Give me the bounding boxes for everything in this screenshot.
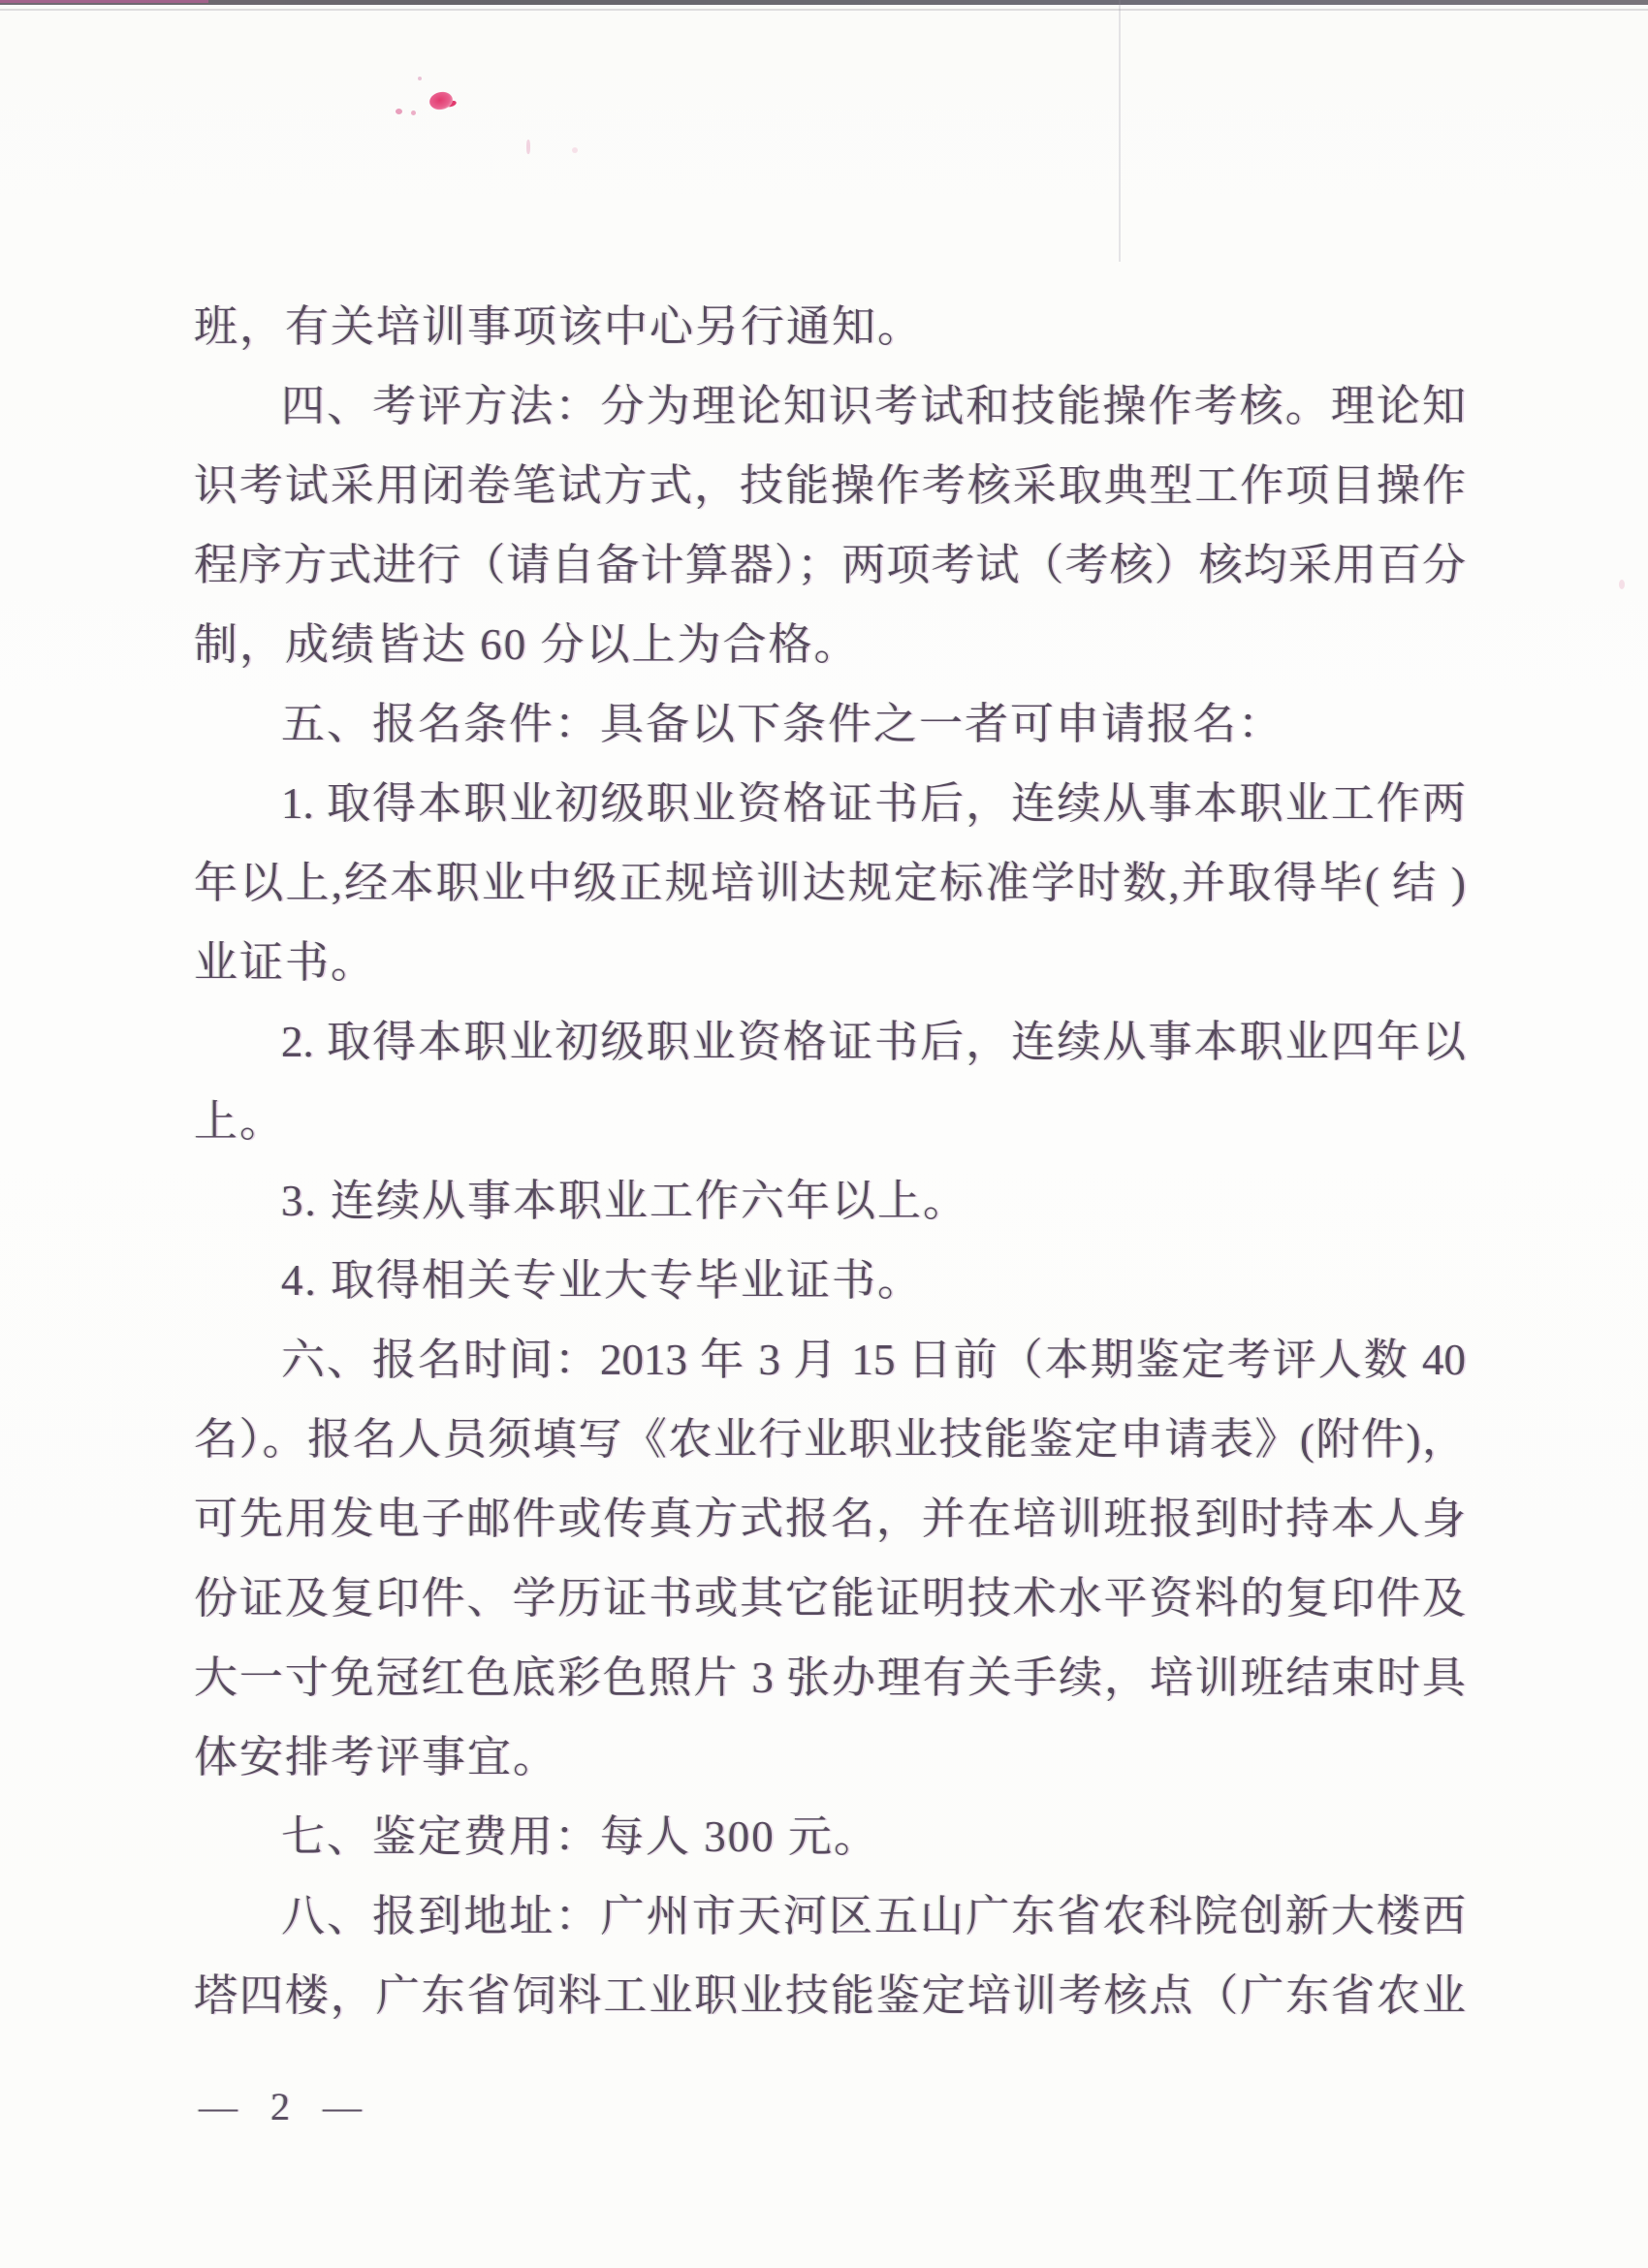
text-line: 4. 取得相关专业大专毕业证书。 xyxy=(194,1241,1466,1320)
scan-edge-line xyxy=(0,0,1648,5)
scanned-page: 班，有关培训事项该中心另行通知。四、考评方法：分为理论知识考试和技能操作考核。理… xyxy=(0,0,1648,2268)
pink-ink-dot xyxy=(1619,580,1625,589)
text-line: 班，有关培训事项该中心另行通知。 xyxy=(194,287,1466,366)
text-line: 四、考评方法：分为理论知识考试和技能操作考核。理论知 xyxy=(194,366,1466,446)
text-line: 1. 取得本职业初级职业资格证书后，连续从事本职业工作两 xyxy=(194,764,1466,843)
text-line: 制，成绩皆达 60 分以上为合格。 xyxy=(194,605,1466,684)
text-line: 上。 xyxy=(194,1082,1466,1161)
scan-crease-line xyxy=(1119,0,1121,262)
text-line: 八、报到地址：广州市天河区五山广东省农科院创新大楼西 xyxy=(194,1876,1466,1956)
scan-edge-line-faint xyxy=(0,9,1648,11)
text-line: 识考试采用闭卷笔试方式，技能操作考核采取典型工作项目操作 xyxy=(194,446,1466,525)
text-line: 体安排考评事宜。 xyxy=(194,1717,1466,1797)
text-line: 业证书。 xyxy=(194,923,1466,1002)
red-ink-dot xyxy=(396,109,402,114)
document-body: 班，有关培训事项该中心另行通知。四、考评方法：分为理论知识考试和技能操作考核。理… xyxy=(194,287,1466,2035)
red-ink-dot xyxy=(418,77,422,80)
text-line: 七、鉴定费用：每人 300 元。 xyxy=(194,1797,1466,1876)
text-line: 塔四楼，广东省饲料工业职业技能鉴定培训考核点（广东省农业 xyxy=(194,1956,1466,2035)
pink-ink-dot xyxy=(572,147,578,153)
red-ink-dot xyxy=(411,110,416,115)
text-line: 可先用发电子邮件或传真方式报名，并在培训班报到时持本人身 xyxy=(194,1479,1466,1559)
scan-edge-magenta-tint xyxy=(0,0,208,3)
text-line: 2. 取得本职业初级职业资格证书后，连续从事本职业四年以 xyxy=(194,1002,1466,1082)
text-line: 程序方式进行（请自备计算器）；两项考试（考核）核均采用百分 xyxy=(194,525,1466,605)
text-line: 3. 连续从事本职业工作六年以上。 xyxy=(194,1161,1466,1241)
pink-ink-streak xyxy=(526,140,530,154)
page-number: — 2 — xyxy=(199,2084,373,2129)
text-line: 名）。报名人员须填写《农业行业职业技能鉴定申请表》(附件)， xyxy=(194,1400,1466,1479)
text-line: 大一寸免冠红色底彩色照片 3 张办理有关手续，培训班结束时具 xyxy=(194,1638,1466,1717)
text-line: 五、报名条件：具备以下条件之一者可申请报名： xyxy=(194,684,1466,764)
text-line: 年以上,经本职业中级正规培训达规定标准学时数,并取得毕( 结 ) xyxy=(194,843,1466,923)
red-ink-blob xyxy=(428,90,454,112)
text-line: 六、报名时间：2013 年 3 月 15 日前（本期鉴定考评人数 40 xyxy=(194,1320,1466,1400)
text-line: 份证及复印件、学历证书或其它能证明技术水平资料的复印件及 xyxy=(194,1559,1466,1638)
